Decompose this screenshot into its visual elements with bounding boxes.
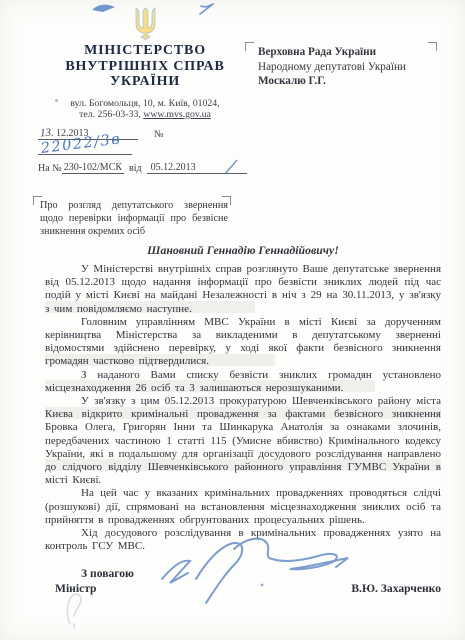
handwritten-day: 13	[40, 127, 52, 140]
salutation: Шановний Геннадію Геннадійовичу!	[45, 243, 441, 258]
number-sign: №	[154, 129, 164, 140]
handwritten-signature	[150, 533, 390, 613]
scan-speck	[55, 99, 58, 102]
reply-reference-row: На №230-102/МСКвід05.12.2013	[38, 162, 260, 174]
outgoing-date-row: 13. 12.2013№22022/3в	[38, 127, 260, 155]
scanned-letter-page: МІНІСТЕРСТВО ВНУТРІШНІХ СПРАВ УКРАЇНИ ву…	[0, 0, 465, 640]
pen-slash-mark	[223, 159, 239, 175]
reply-prefix: На №	[38, 163, 62, 174]
address-corner-mark	[245, 42, 254, 51]
body-paragraph: На цей час у вказаних кримінальних прова…	[45, 487, 441, 527]
reply-number: 230-102/МСК	[62, 162, 124, 174]
ministry-name-line: УКРАЇНИ	[38, 74, 252, 90]
ministry-name: МІНІСТЕРСТВО ВНУТРІШНІХ СПРАВ УКРАЇНИ	[38, 43, 252, 90]
phone-number: тел. 256-03-33,	[79, 109, 143, 120]
website-url: www.mvs.gov.ua	[143, 109, 211, 120]
pen-mark	[88, 1, 220, 17]
recipient-role: Народному депутатові України	[258, 60, 430, 75]
subject-line: Про розгляд депутатського звернення щодо…	[40, 200, 228, 238]
address-line: тел. 256-03-33, www.mvs.gov.ua	[38, 109, 252, 121]
ministry-name-line: МІНІСТЕРСТВО	[38, 43, 252, 59]
address-line: вул. Богомольця, 10, м. Київ, 01024,	[38, 98, 252, 110]
outgoing-number-field: 22022/3в	[38, 140, 132, 155]
signer-title: Міністр	[55, 582, 97, 595]
recipient-organization: Верховна Рада України	[258, 45, 430, 60]
vid-label: від	[129, 163, 142, 174]
body-paragraph: У Міністерстві внутрішніх справ розгляну…	[45, 263, 441, 316]
letterhead-address: вул. Богомольця, 10, м. Київ, 01024, тел…	[38, 98, 252, 121]
reference-block: 13. 12.2013№22022/3в На №230-102/МСКвід0…	[38, 127, 260, 174]
body-paragraph: З наданого Вами списку безвісти зниклих …	[45, 369, 441, 395]
recipient-name: Москалю Г.Г.	[258, 74, 430, 89]
body-paragraph: Головним управлінням МВС України в місті…	[45, 316, 441, 369]
reply-date: 05.12.2013	[147, 162, 247, 174]
body-paragraph: У зв'язку з цим 05.12.2013 прокуратурою …	[45, 395, 441, 487]
reply-date-value: 05.12.2013	[151, 162, 196, 173]
letterhead: МІНІСТЕРСТВО ВНУТРІШНІХ СПРАВ УКРАЇНИ ву…	[38, 6, 252, 121]
recipient-block: Верховна Рада України Народному депутато…	[258, 45, 430, 89]
ministry-name-line: ВНУТРІШНІХ СПРАВ	[38, 59, 252, 75]
